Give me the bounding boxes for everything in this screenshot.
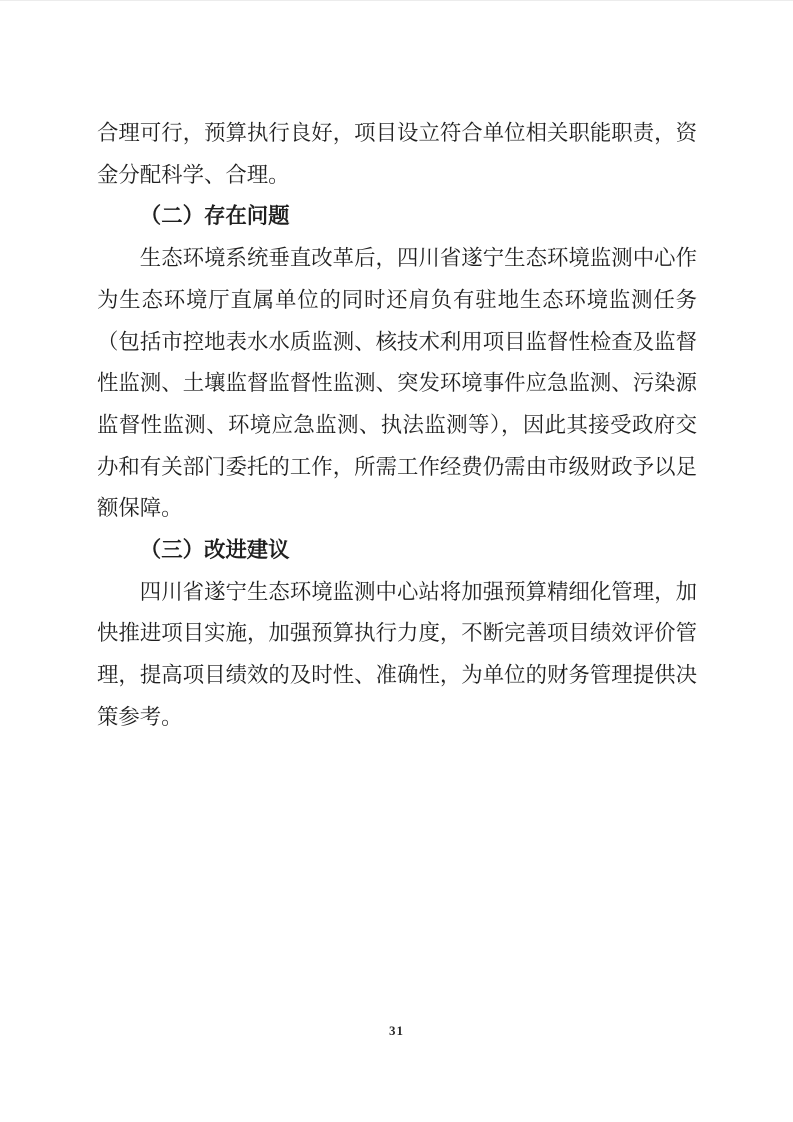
document-body: 合理可行，预算执行良好，项目设立符合单位相关职能职责，资金分配科学、合理。 （二… <box>0 1 793 739</box>
section-heading-problems: （二）存在问题 <box>97 196 697 238</box>
section-heading-suggestions: （三）改进建议 <box>97 530 697 572</box>
document-page: 合理可行，预算执行良好，项目设立符合单位相关职能职责，资金分配科学、合理。 （二… <box>0 0 793 1122</box>
paragraph-problems: 生态环境系统垂直改革后，四川省遂宁生态环境监测中心作为生态环境厅直属单位的同时还… <box>97 238 697 530</box>
page-number: 31 <box>0 1023 793 1039</box>
paragraph-conclusion-continued: 合理可行，预算执行良好，项目设立符合单位相关职能职责，资金分配科学、合理。 <box>97 113 697 196</box>
paragraph-suggestions: 四川省遂宁生态环境监测中心站将加强预算精细化管理，加快推进项目实施，加强预算执行… <box>97 572 697 739</box>
